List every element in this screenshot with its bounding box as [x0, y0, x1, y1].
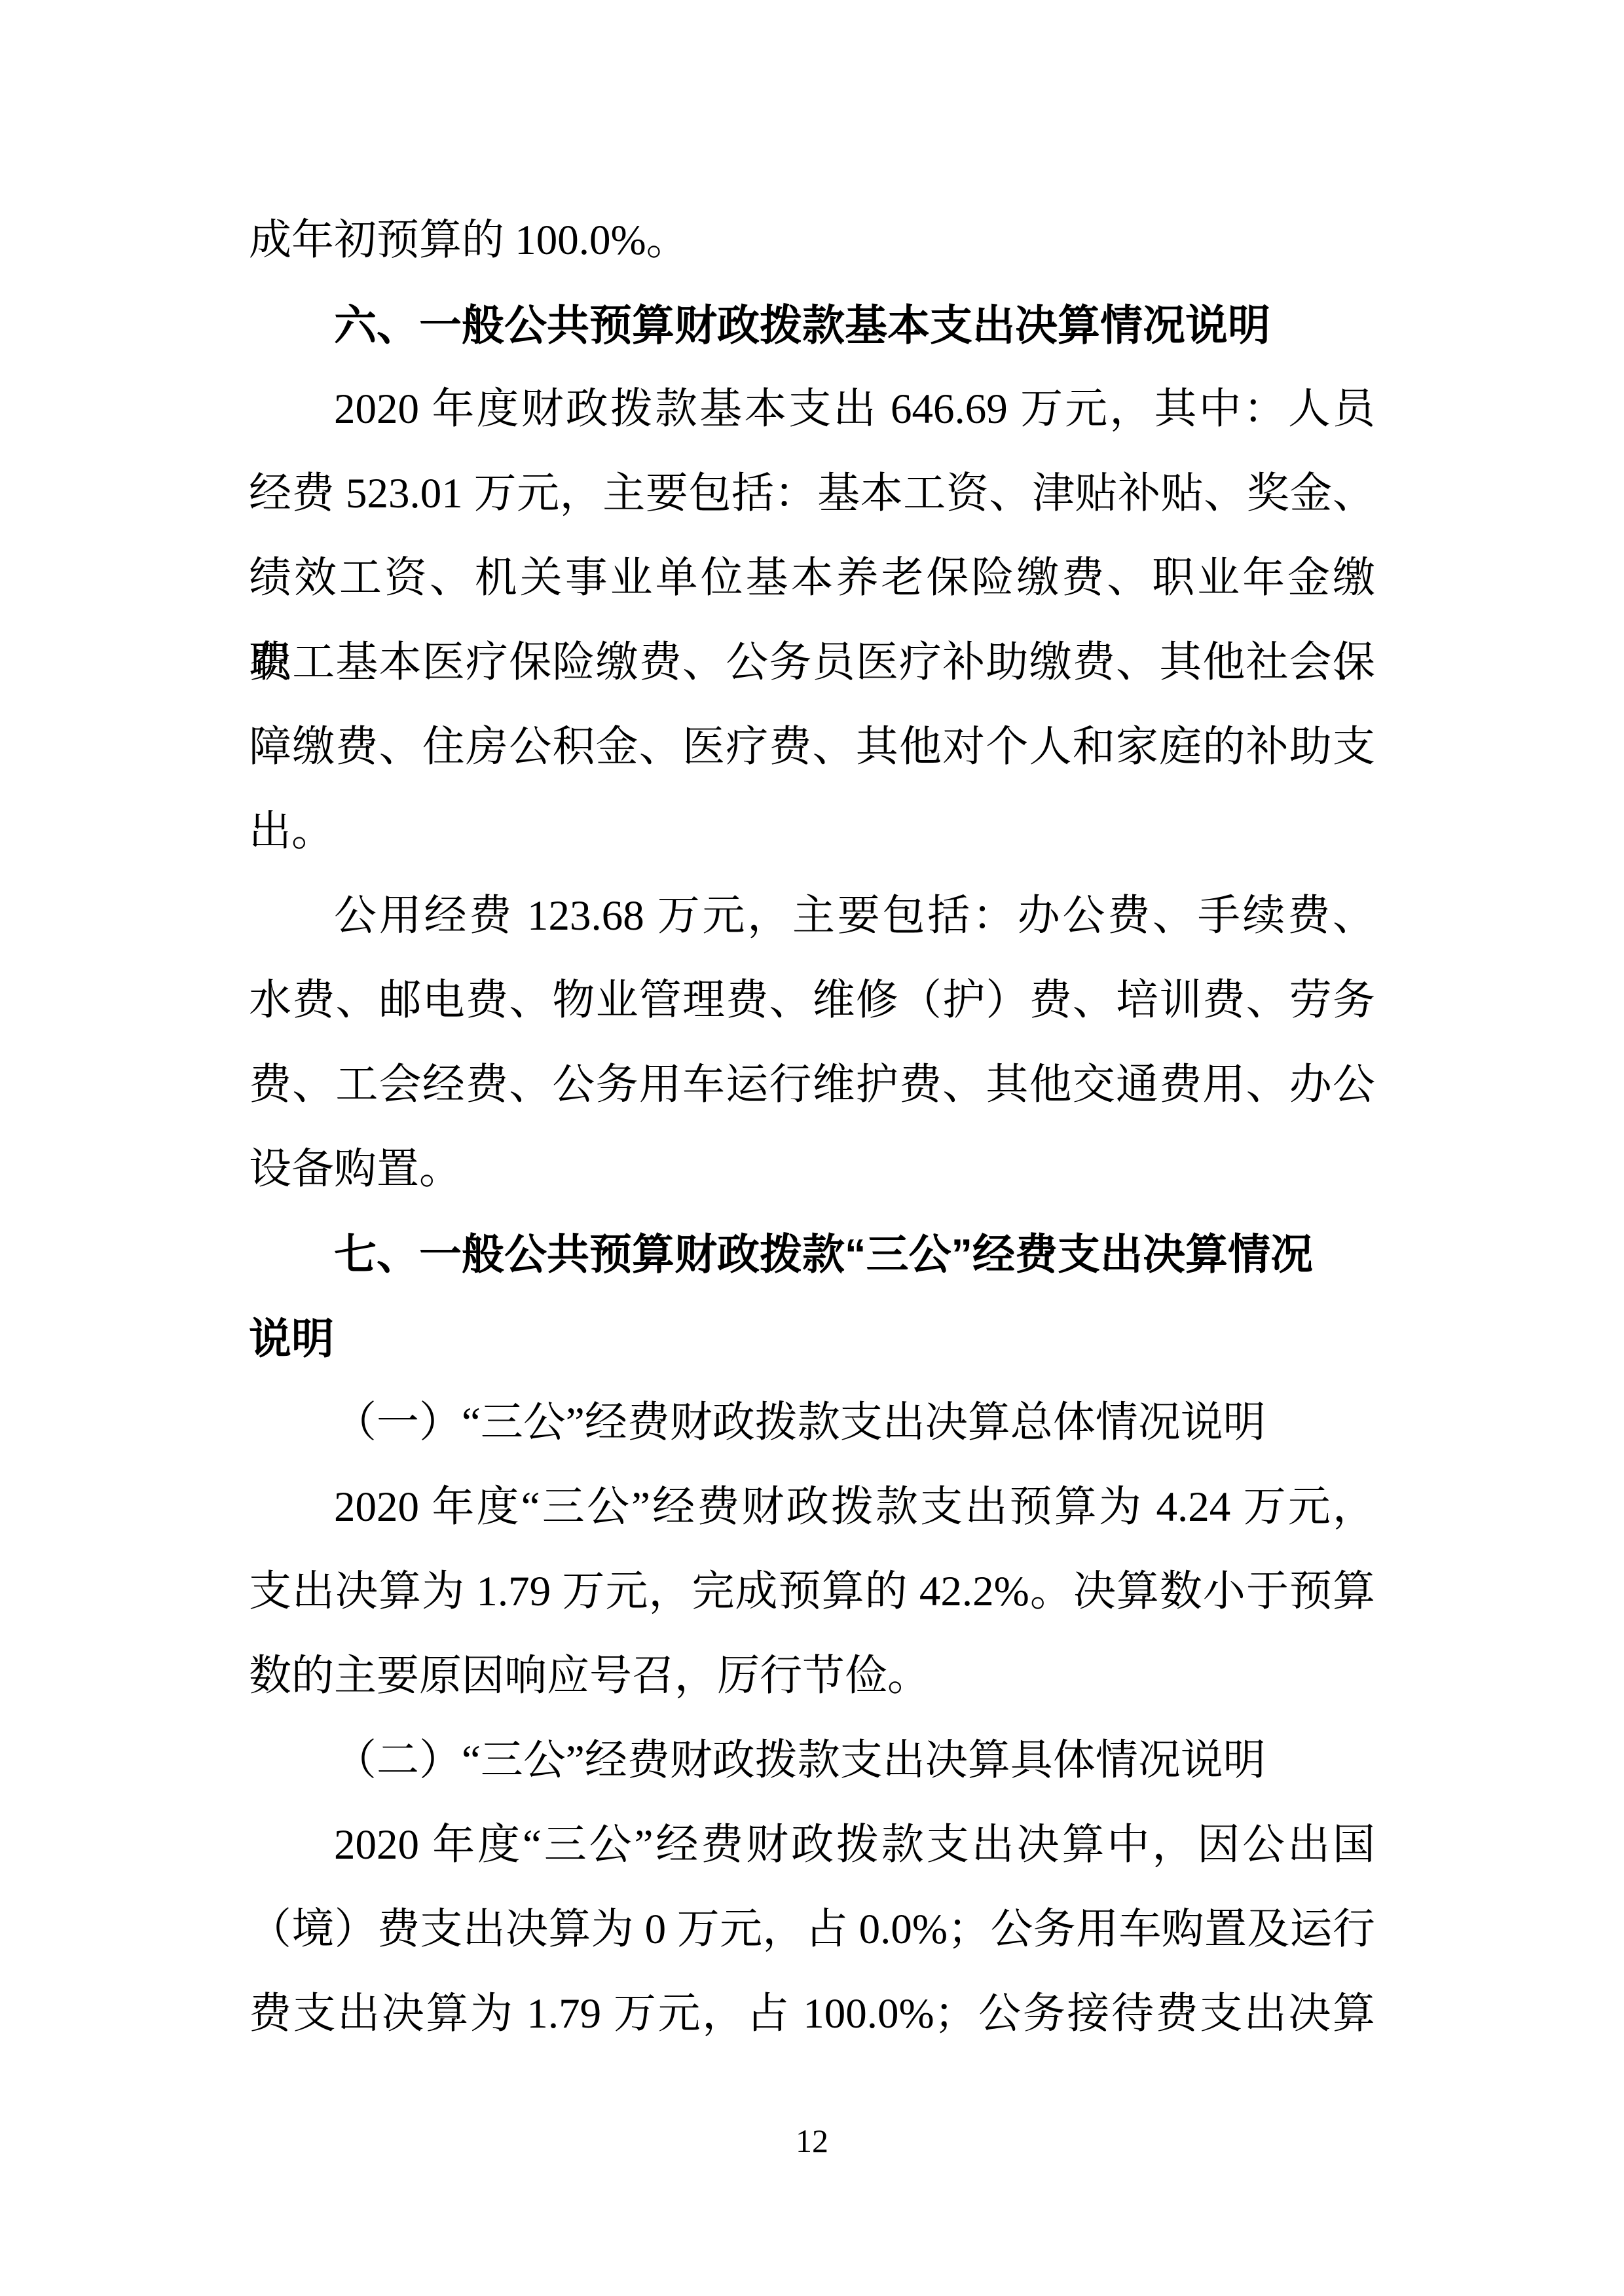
text-line: 2020 年度财政拨款基本支出 646.69 万元，其中：人员: [249, 367, 1375, 452]
text-line: 公用经费 123.68 万元，主要包括：办公费、手续费、: [249, 874, 1375, 958]
document-body: 成年初预算的 100.0%。六、一般公共预算财政拨款基本支出决算情况说明2020…: [249, 198, 1375, 2056]
text-line: 绩效工资、机关事业单位基本养老保险缴费、职业年金缴费、: [249, 536, 1375, 621]
text-line: （境）费支出决算为 0 万元，占 0.0%；公务用车购置及运行: [249, 1887, 1375, 1972]
document-page: 成年初预算的 100.0%。六、一般公共预算财政拨款基本支出决算情况说明2020…: [0, 0, 1624, 2296]
heading-line: 七、一般公共预算财政拨款“三公”经费支出决算情况: [249, 1212, 1375, 1296]
text-line: 水费、邮电费、物业管理费、维修（护）费、培训费、劳务: [249, 958, 1375, 1043]
text-line: 障缴费、住房公积金、医疗费、其他对个人和家庭的补助支: [249, 705, 1375, 790]
text-line: 2020 年度“三公”经费财政拨款支出预算为 4.24 万元，: [249, 1465, 1375, 1550]
text-line: 成年初预算的 100.0%。: [249, 198, 1375, 283]
text-line: 出。: [249, 790, 1375, 874]
text-line: 职工基本医疗保险缴费、公务员医疗补助缴费、其他社会保: [249, 621, 1375, 705]
text-line: 数的主要原因响应号召，厉行节俭。: [249, 1634, 1375, 1719]
text-line: 支出决算为 1.79 万元，完成预算的 42.2%。决算数小于预算: [249, 1550, 1375, 1634]
page-number: 12: [0, 2121, 1624, 2160]
text-line: 2020 年度“三公”经费财政拨款支出决算中，因公出国: [249, 1803, 1375, 1887]
text-line: 经费 523.01 万元，主要包括：基本工资、津贴补贴、奖金、: [249, 452, 1375, 536]
heading-line: 六、一般公共预算财政拨款基本支出决算情况说明: [249, 283, 1375, 367]
text-line: （一）“三公”经费财政拨款支出决算总体情况说明: [249, 1381, 1375, 1465]
text-line: 费、工会经费、公务用车运行维护费、其他交通费用、办公: [249, 1043, 1375, 1127]
text-line: 设备购置。: [249, 1127, 1375, 1212]
text-line: （二）“三公”经费财政拨款支出决算具体情况说明: [249, 1719, 1375, 1803]
text-line: 费支出决算为 1.79 万元，占 100.0%；公务接待费支出决算: [249, 1972, 1375, 2056]
heading-line: 说明: [249, 1296, 1375, 1381]
